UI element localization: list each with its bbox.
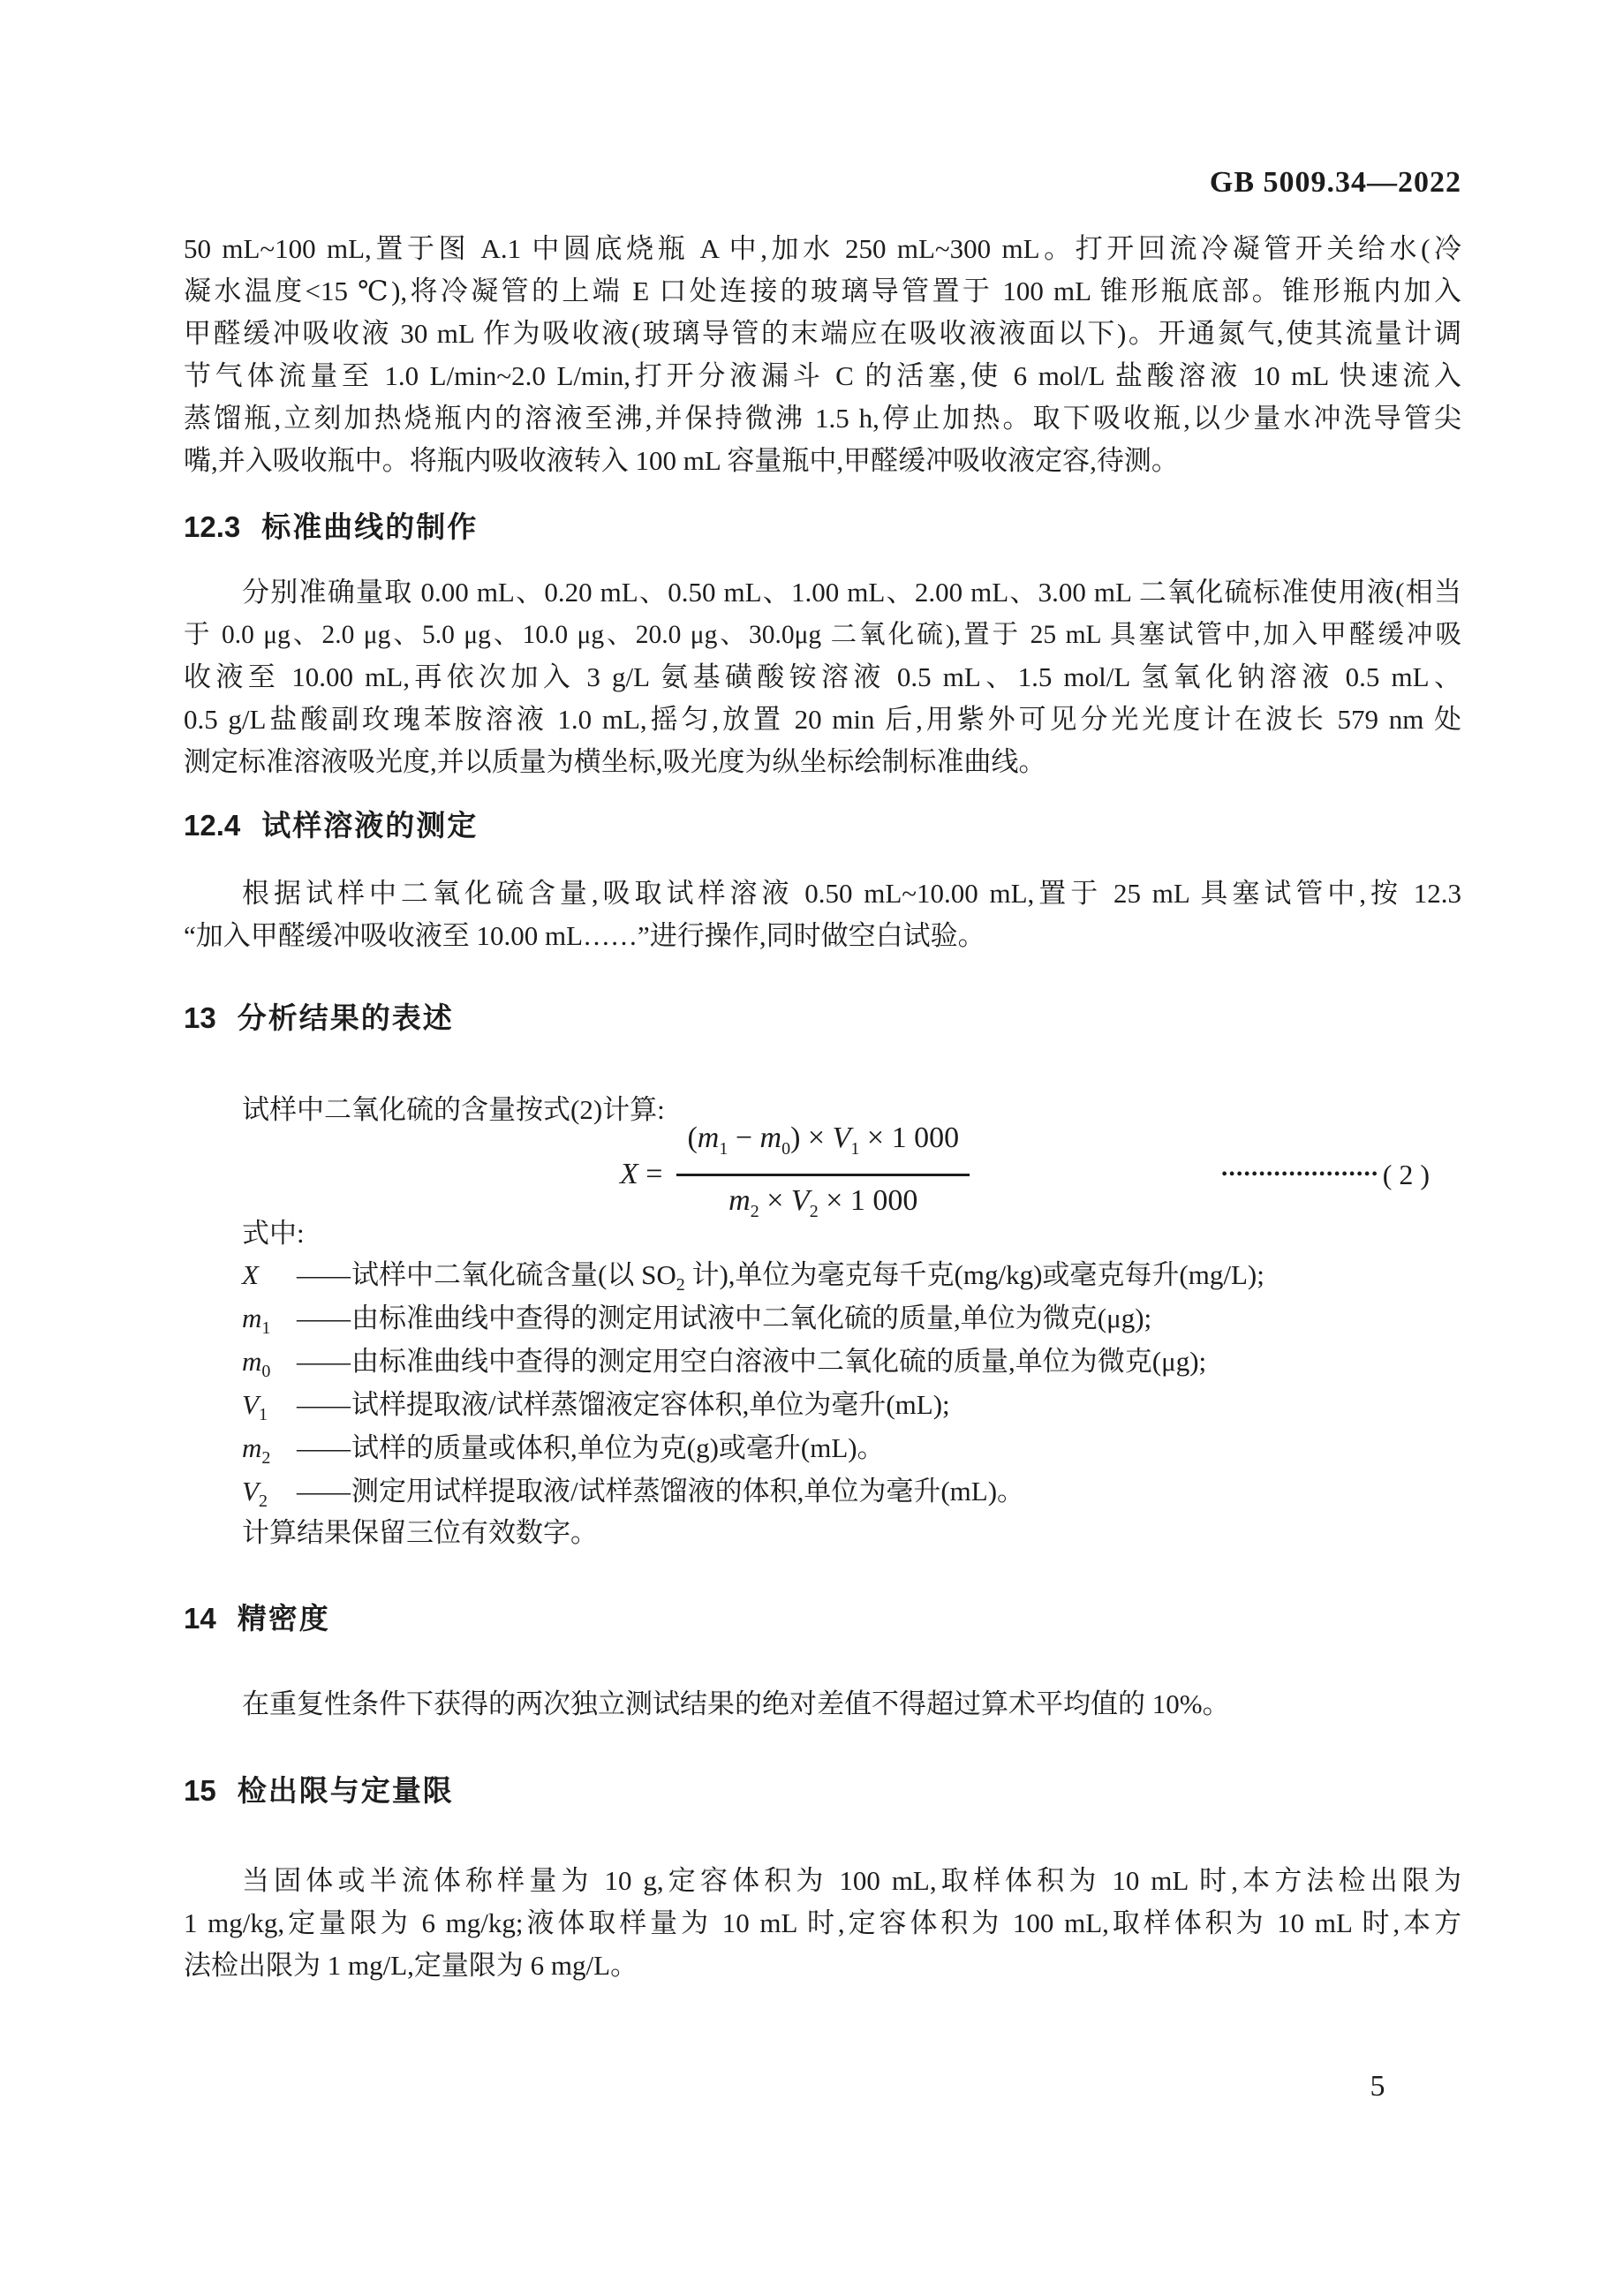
definition-row: X —— 试样中二氧化硫含量(以 SO2 计),单位为毫克每千克(mg/kg)或… — [184, 1253, 1461, 1296]
body-line: 根据试样中二氧化硫含量,吸取试样溶液 0.50 mL~10.00 mL,置于 2… — [184, 872, 1461, 915]
definition-text: 由标准曲线中查得的测定用空白溶液中二氧化硫的质量,单位为微克(μg); — [351, 1340, 1461, 1383]
section-number: 13 — [184, 1001, 216, 1034]
paragraph-precision: 在重复性条件下获得的两次独立测试结果的绝对差值不得超过算术平均值的 10%。 — [184, 1683, 1461, 1726]
standard-code-header: GB 5009.34—2022 — [184, 166, 1474, 200]
paragraph-standard-curve: 分别准确量取 0.00 mL、0.20 mL、0.50 mL、1.00 mL、2… — [184, 571, 1461, 783]
rounding-note: 计算结果保留三位有效数字。 — [184, 1512, 1461, 1554]
body-line: 当固体或半流体称样量为 10 g,定容体积为 100 mL,取样体积为 10 m… — [184, 1860, 1461, 1902]
body-line: “加入甲醛缓冲吸收液至 10.00 mL……”进行操作,同时做空白试验。 — [184, 915, 1461, 957]
section-number: 14 — [184, 1602, 216, 1635]
body-line: 嘴,并入吸收瓶中。将瓶内吸收液转入 100 mL 容量瓶中,甲醛缓冲吸收液定容,… — [184, 440, 1461, 482]
definition-dash: —— — [297, 1469, 350, 1513]
body-line: 于 0.0 μg、2.0 μg、5.0 μg、10.0 μg、20.0 μg、3… — [184, 614, 1461, 656]
definition-row: V2 —— 测定用试样提取液/试样蒸馏液的体积,单位为毫升(mL)。 — [184, 1469, 1461, 1513]
body-line: 50 mL~100 mL,置于图 A.1 中圆底烧瓶 A 中,加水 250 mL… — [184, 228, 1461, 270]
body-line: 蒸馏瓶,立刻加热烧瓶内的溶液至沸,并保持微沸 1.5 h,停止加热。取下吸收瓶,… — [184, 397, 1461, 440]
page-number: 5 — [1325, 2070, 1431, 2103]
body-line: 分别准确量取 0.00 mL、0.20 mL、0.50 mL、1.00 mL、2… — [184, 571, 1461, 614]
body-line: 法检出限为 1 mg/L,定量限为 6 mg/L。 — [184, 1945, 1461, 1987]
symbol-definitions: X —— 试样中二氧化硫含量(以 SO2 计),单位为毫克每千克(mg/kg)或… — [184, 1253, 1461, 1513]
section-title: 精密度 — [238, 1602, 330, 1635]
body-line: 节气体流量至 1.0 L/min~2.0 L/min,打开分液漏斗 C 的活塞,… — [184, 355, 1461, 397]
body-line: 凝水温度<15 ℃),将冷凝管的上端 E 口处连接的玻璃导管置于 100 mL … — [184, 270, 1461, 313]
definition-text: 由标准曲线中查得的测定用试液中二氧化硫的质量,单位为微克(μg); — [351, 1296, 1461, 1340]
dotted-leader: ••••••••••••••••••••• — [1221, 1166, 1379, 1183]
body-line: 在重复性条件下获得的两次独立测试结果的绝对差值不得超过算术平均值的 10%。 — [184, 1683, 1461, 1726]
body-line: 0.5 g/L盐酸副玫瑰苯胺溶液 1.0 mL,摇匀,放置 20 min 后,用… — [184, 699, 1461, 741]
definition-row: m1 —— 由标准曲线中查得的测定用试液中二氧化硫的质量,单位为微克(μg); — [184, 1296, 1461, 1340]
body-line: 1 mg/kg,定量限为 6 mg/kg;液体取样量为 10 mL 时,定容体积… — [184, 1902, 1461, 1945]
section-heading-14: 14精密度 — [184, 1597, 1461, 1640]
paragraph-detection-limits: 当固体或半流体称样量为 10 g,定容体积为 100 mL,取样体积为 10 m… — [184, 1860, 1461, 1987]
equation-2: X = (m1 − m0) × V1 × 1 000 m2 × V2 × 1 0… — [184, 1123, 1461, 1226]
section-title: 分析结果的表述 — [238, 1001, 454, 1034]
definition-row: V1 —— 试样提取液/试样蒸馏液定容体积,单位为毫升(mL); — [184, 1383, 1461, 1426]
section-number: 12.4 — [184, 809, 240, 842]
definition-dash: —— — [297, 1340, 350, 1383]
definition-dash: —— — [297, 1426, 350, 1469]
definition-dash: —— — [297, 1383, 350, 1426]
definition-dash: —— — [297, 1296, 350, 1340]
where-label: 式中: — [184, 1212, 1461, 1255]
body-line: 甲醛缓冲吸收液 30 mL 作为吸收液(玻璃导管的末端应在吸收液液面以下)。开通… — [184, 313, 1461, 355]
document-page: GB 5009.34—2022 50 mL~100 mL,置于图 A.1 中圆底… — [0, 0, 1623, 2296]
definition-text: 试样提取液/试样蒸馏液定容体积,单位为毫升(mL); — [351, 1383, 1461, 1426]
definition-text: 测定用试样提取液/试样蒸馏液的体积,单位为毫升(mL)。 — [351, 1469, 1461, 1513]
equation-number: ••••••••••••••••••••• ( 2 ) — [1221, 1159, 1430, 1191]
section-heading-15: 15检出限与定量限 — [184, 1770, 1461, 1812]
section-heading-12-4: 12.4试样溶液的测定 — [184, 804, 1461, 847]
paragraph-sample-measurement: 根据试样中二氧化硫含量,吸取试样溶液 0.50 mL~10.00 mL,置于 2… — [184, 872, 1461, 957]
definition-dash: —— — [297, 1253, 350, 1296]
definition-text: 试样的质量或体积,单位为克(g)或毫升(mL)。 — [351, 1426, 1461, 1469]
section-heading-12-3: 12.3标准曲线的制作 — [184, 506, 1461, 548]
body-line: 测定标准溶液吸光度,并以质量为横坐标,吸光度为纵坐标绘制标准曲线。 — [184, 741, 1461, 783]
equation-lhs: X = — [620, 1158, 662, 1191]
body-line: 收液至 10.00 mL,再依次加入 3 g/L 氨基磺酸铵溶液 0.5 mL、… — [184, 656, 1461, 699]
definition-row: m2 —— 试样的质量或体积,单位为克(g)或毫升(mL)。 — [184, 1426, 1461, 1469]
section-title: 检出限与定量限 — [238, 1774, 454, 1807]
definition-symbol: X — [242, 1253, 297, 1296]
section-heading-13: 13分析结果的表述 — [184, 997, 1461, 1039]
section-number: 15 — [184, 1774, 216, 1807]
equation-label: ( 2 ) — [1383, 1159, 1430, 1191]
section-title: 标准曲线的制作 — [261, 510, 478, 543]
section-title: 试样溶液的测定 — [261, 809, 478, 842]
definition-row: m0 —— 由标准曲线中查得的测定用空白溶液中二氧化硫的质量,单位为微克(μg)… — [184, 1340, 1461, 1383]
section-number: 12.3 — [184, 510, 240, 543]
paragraph-distillation-continued: 50 mL~100 mL,置于图 A.1 中圆底烧瓶 A 中,加水 250 mL… — [184, 228, 1461, 482]
fraction-numerator: (m1 − m0) × V1 × 1 000 — [676, 1121, 970, 1176]
